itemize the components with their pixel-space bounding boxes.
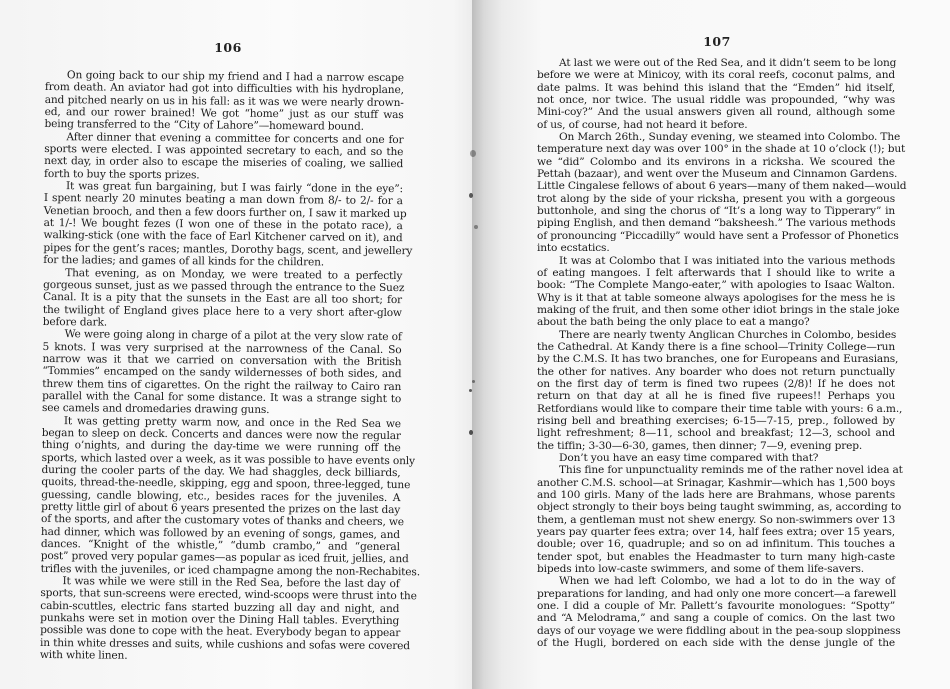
text-line: of us, of course, had not heard it befor… (537, 119, 895, 131)
text-line: making of the fruit, and then some other… (537, 304, 895, 316)
text-line: date palms. It was behind this island th… (537, 82, 895, 94)
text-line: Little Cingalese fellows of about 6 year… (537, 180, 895, 192)
text-line: and 100 girls. Many of the lads here are… (537, 489, 895, 501)
right-page-text: At last we were out of the Red Sea, and … (537, 57, 895, 650)
text-line: days of our voyage we were fiddling abou… (537, 625, 895, 637)
text-line: of the Hugli, bordered on each side with… (537, 637, 895, 649)
text-line: by the C.M.S. It has two branches, one f… (537, 353, 895, 365)
gutter-mark (472, 380, 475, 383)
text-line: them, a gentleman must not shew energy. … (537, 514, 895, 526)
gutter-mark (469, 193, 473, 198)
text-line: preparations for landing, and had only o… (537, 588, 895, 600)
text-line: on the first day of term is fined two ru… (537, 378, 895, 390)
text-line: double; over 16, quadruple; and so on ad… (537, 538, 895, 550)
text-line: trot along by the side of your ricksha, … (537, 193, 895, 205)
text-line: temperature next day was over 100° in th… (537, 143, 895, 155)
left-page: 106 On going back to our ship my friend … (0, 0, 472, 689)
text-line: bipeds into low-caste swimmers, and some… (537, 563, 895, 575)
text-line: There are nearly twenty Anglican Churche… (537, 329, 895, 341)
text-line: Mini-coy?” And the usual answers given a… (537, 106, 895, 118)
text-line: the Cathedral. At Kandy there is a fine … (537, 341, 895, 353)
gutter-mark (469, 389, 472, 392)
text-line: we “did” Colombo and its environs in a r… (537, 156, 895, 168)
text-line: rising bell and breathing exercises; 6-1… (537, 415, 895, 427)
text-line: On March 26th., Sunday evening, we steam… (537, 131, 895, 143)
gutter-mark (470, 150, 476, 157)
text-line: Retfordians would like to compare their … (537, 403, 895, 415)
text-line: into ecstatics. (537, 242, 895, 254)
text-line: the tiffin; 3-30—6-30, games, then dinne… (537, 440, 895, 452)
gutter-mark (469, 430, 473, 435)
text-line: another C.M.S. school—at Srinagar, Kashm… (537, 477, 895, 489)
text-line: of pronouncing “Piccadilly” would have s… (537, 230, 895, 242)
text-line: buttonhole, and sing the chorus of “It’s… (537, 205, 895, 217)
text-line: Pettah (bazaar), and went over the Museu… (537, 168, 895, 180)
left-page-text: On going back to our ship my friend and … (40, 69, 404, 665)
text-line: Why is it that at table someone always a… (537, 292, 895, 304)
text-line: light refreshment; 8—11, school and brea… (537, 427, 895, 439)
text-line: before we were at Minicoy, with its cora… (537, 69, 895, 81)
gutter-mark (474, 225, 478, 229)
text-line: Don’t you have an easy time compared wit… (537, 452, 895, 464)
text-line: piping English, and then demand “bakshee… (537, 217, 895, 229)
right-page: 107 At last we were out of the Red Sea, … (472, 0, 950, 689)
text-line: return on that day at all he is fined fi… (537, 390, 895, 402)
text-line: not once, nor twice. The usual riddle wa… (537, 94, 895, 106)
text-line: and “A Melodrama,” and sang a couple of … (537, 612, 895, 624)
page-number: 107 (687, 34, 747, 49)
text-line: It was at Colombo that I was initiated i… (537, 255, 895, 267)
text-line: one. I did a couple of Mr. Pallett’s fav… (537, 600, 895, 612)
text-line: At last we were out of the Red Sea, and … (537, 57, 895, 69)
text-line: object strongly to their boys being taug… (537, 501, 895, 513)
text-line: book: “The Complete Mango-eater,” with a… (537, 279, 895, 291)
text-line: This fine for unpunctuality reminds me o… (537, 464, 895, 476)
text-line: years pay quarter fees extra; over 14, h… (537, 526, 895, 538)
text-line: tender spot, but enables the Headmaster … (537, 551, 895, 563)
text-line: the other for natives. Any boarder who d… (537, 366, 895, 378)
text-line: about the bath being the only place to e… (537, 316, 895, 328)
text-line: of eating mangoes. I felt afterwards tha… (537, 267, 895, 279)
text-line: When we had left Colombo, we had a lot t… (537, 575, 895, 587)
page-number: 106 (198, 40, 258, 55)
